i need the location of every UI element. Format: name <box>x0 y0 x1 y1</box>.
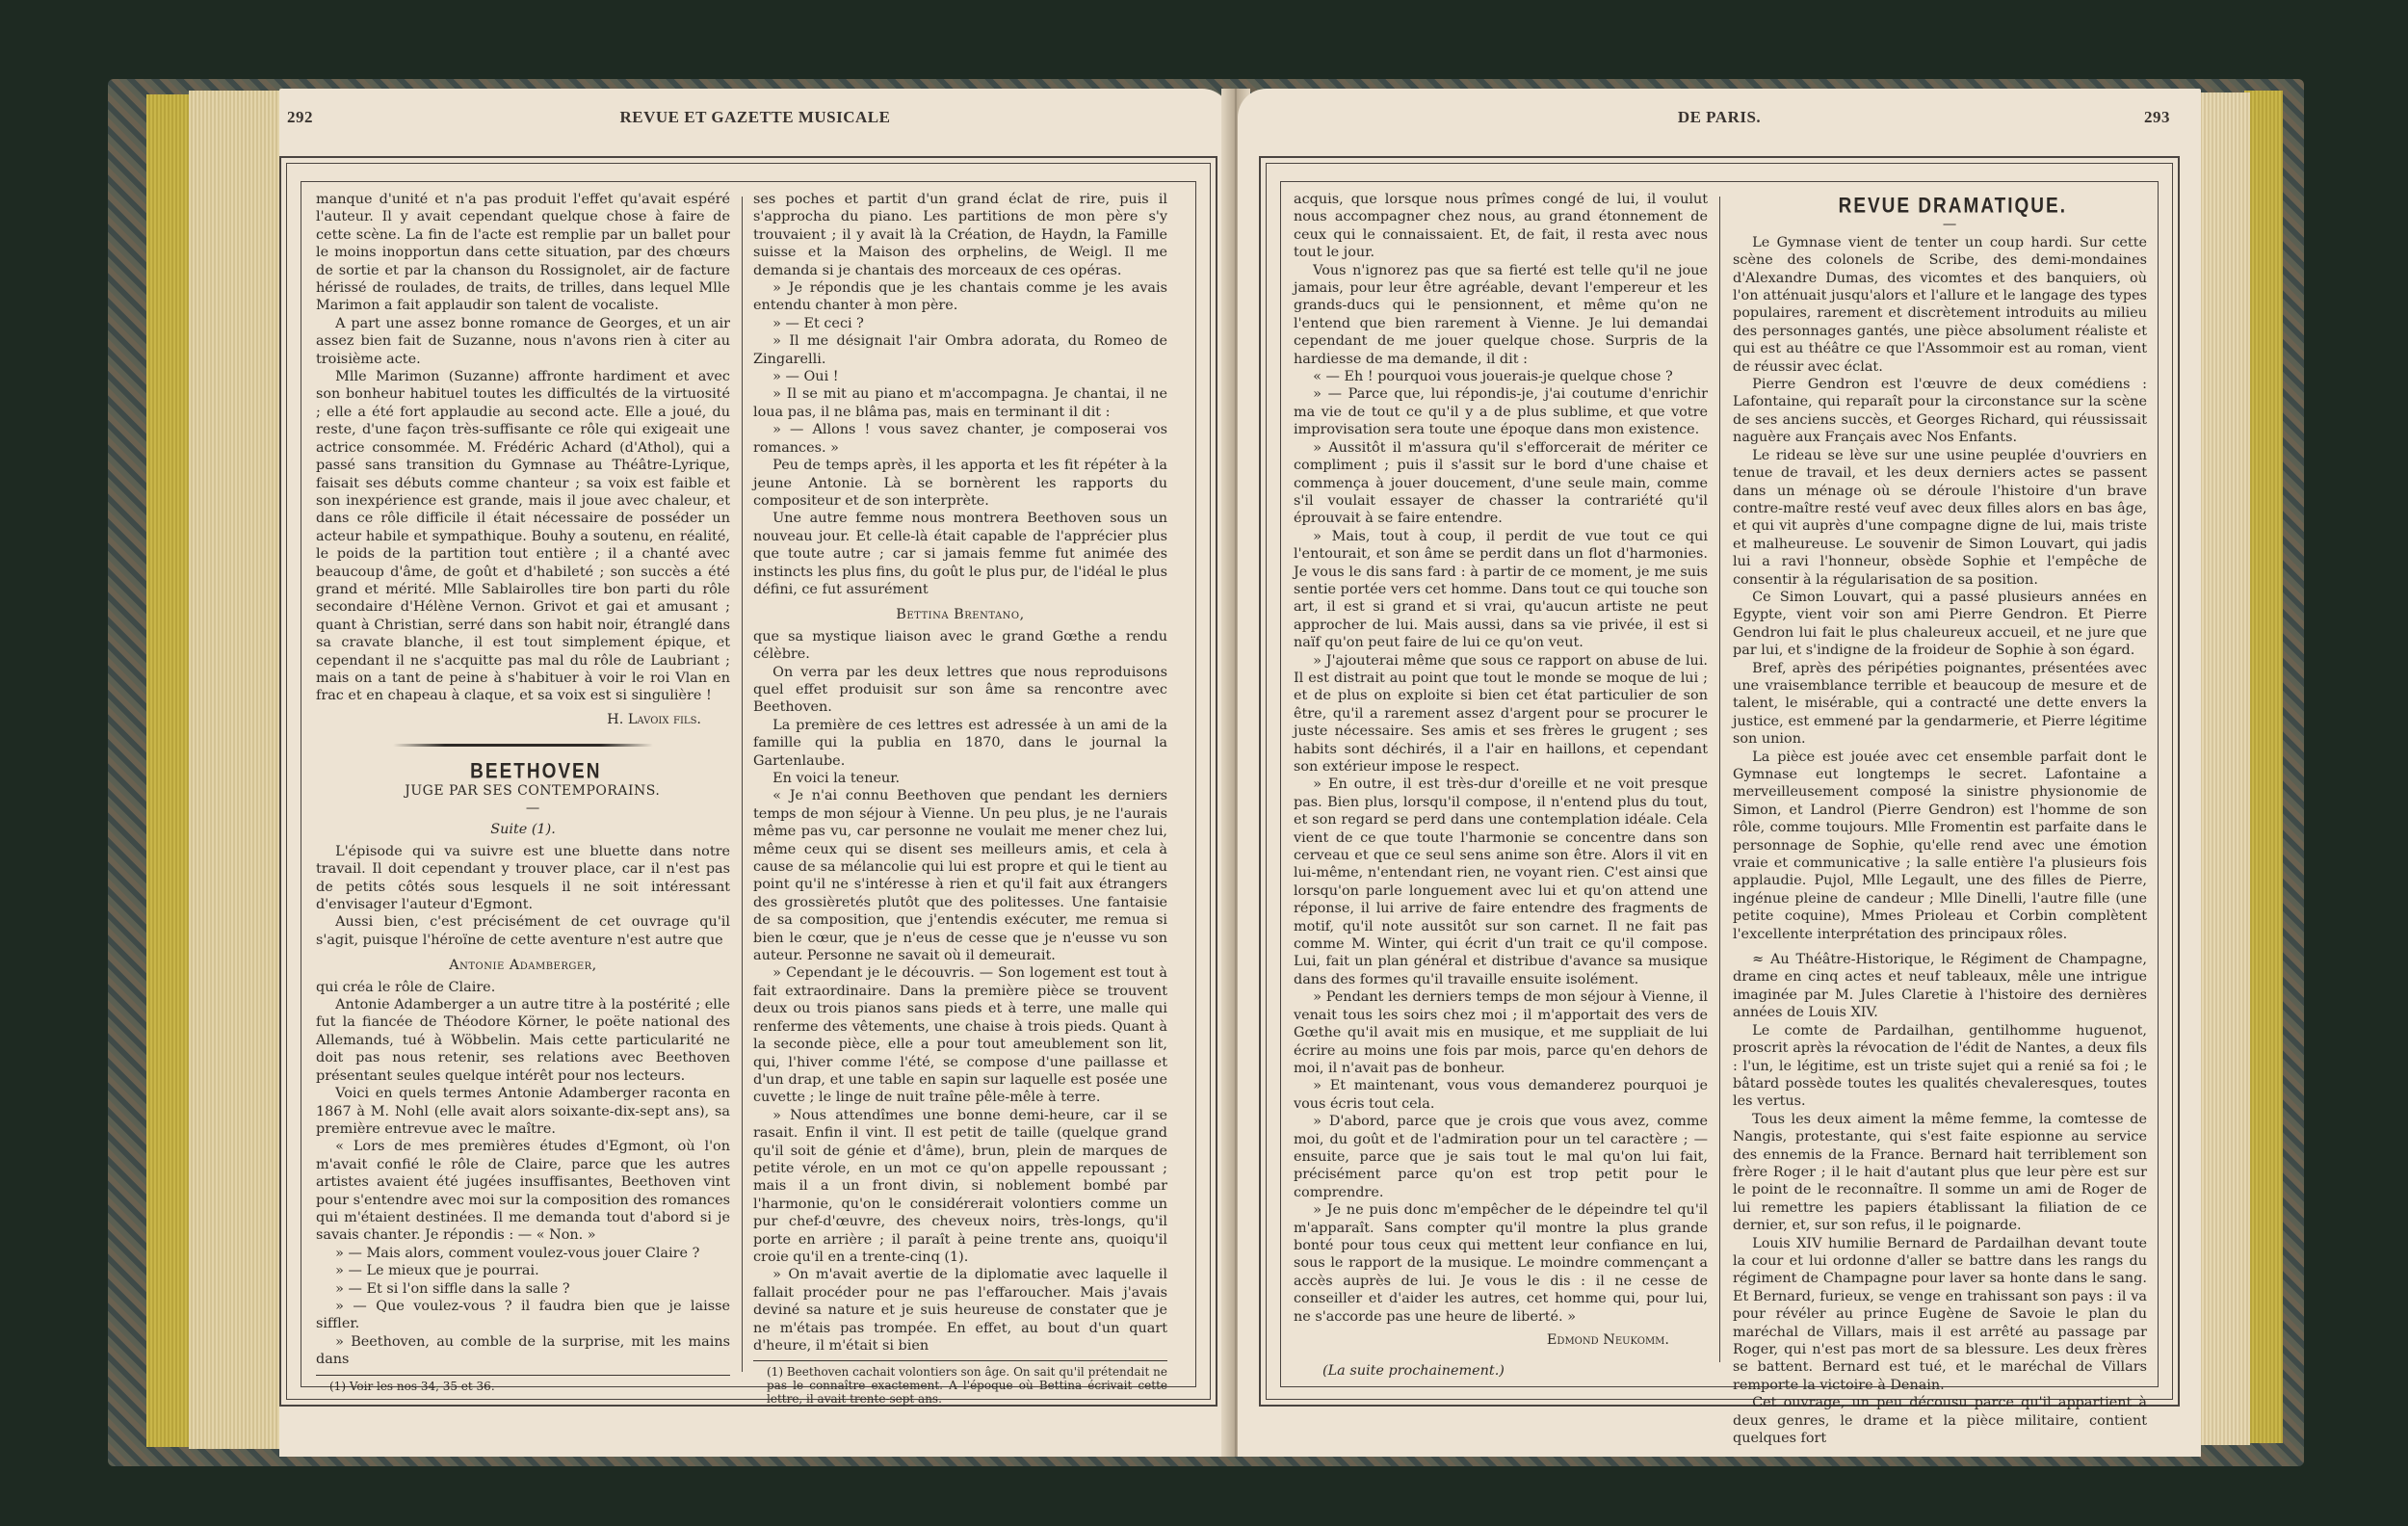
paragraph: Le rideau se lève sur une usine peuplée … <box>1733 447 2147 589</box>
paragraph: Louis XIV humilie Bernard de Pardailhan … <box>1733 1235 2147 1395</box>
left-column-1: manque d'unité et n'a pas produit l'effe… <box>316 191 730 1393</box>
paragraph: » Je répondis que je les chantais comme … <box>753 279 1167 315</box>
paragraph: qui créa le rôle de Claire. <box>316 979 730 996</box>
footnote: (1) Voir les nos 34, 35 et 36. <box>316 1380 730 1393</box>
paragraph: Tous les deux aiment la même femme, la c… <box>1733 1111 2147 1235</box>
paragraph: Une autre femme nous montrera Beethoven … <box>753 510 1167 598</box>
paragraph: » — Et si l'on siffle dans la salle ? <box>316 1280 730 1298</box>
paragraph: » On m'avait avertie de la diplomatie av… <box>753 1266 1167 1355</box>
paragraph: acquis, que lorsque nous prîmes congé de… <box>1294 191 1708 262</box>
paragraph: » Mais, tout à coup, il perdit de vue to… <box>1294 528 1708 652</box>
paragraph: Aussi bien, c'est précisément de cet ouv… <box>316 913 730 949</box>
footnote: (1) Beethoven cachait volontiers son âge… <box>753 1365 1167 1406</box>
paragraph: L'épisode qui va suivre est une bluette … <box>316 843 730 914</box>
paragraph: Bref, après des péripéties poignantes, p… <box>1733 660 2147 749</box>
paragraph: que sa mystique liaison avec le grand Gœ… <box>753 628 1167 664</box>
page-number-right: 293 <box>2144 108 2170 127</box>
paragraph: Peu de temps après, il les apporta et le… <box>753 457 1167 510</box>
left-page: 292 REVUE ET GAZETTE MUSICALE manque d'u… <box>279 89 1231 1457</box>
paragraph: ≈ Au Théâtre-Historique, le Régiment de … <box>1733 951 2147 1022</box>
paragraph: » — Et ceci ? <box>753 315 1167 332</box>
right-column-2: REVUE DRAMATIQUE. — Le Gymnase vient de … <box>1733 191 2147 1447</box>
paragraph: Voici en quels termes Antonie Adamberger… <box>316 1085 730 1138</box>
paragraph: » — Allons ! vous savez chanter, je comp… <box>753 421 1167 457</box>
paragraph: » Aussitôt il m'assura qu'il s'efforcera… <box>1294 439 1708 528</box>
paragraph: » Pendant les derniers temps de mon séjo… <box>1294 988 1708 1077</box>
paragraph: Mlle Marimon (Suzanne) affronte hardimen… <box>316 368 730 705</box>
paragraph: ses poches et partit d'un grand éclat de… <box>753 191 1167 279</box>
paragraph: » Cependant je le découvris. — Son logem… <box>753 964 1167 1106</box>
paragraph: « Lors de mes premières études d'Egmont,… <box>316 1138 730 1244</box>
paragraph: » J'ajouterai même que sous ce rapport o… <box>1294 652 1708 776</box>
article-title: BEETHOVEN <box>316 763 730 783</box>
right-page: DE PARIS. 293 acquis, que lorsque nous p… <box>1238 89 2201 1457</box>
paragraph: Pierre Gendron est l'œuvre de deux coméd… <box>1733 376 2147 447</box>
page-stack-right <box>2198 92 2250 1445</box>
title-dash: — <box>1733 216 2147 233</box>
signature: Edmond Neukomm. <box>1294 1331 1708 1349</box>
footnote-rule <box>316 1375 730 1376</box>
continued-note: (La suite prochainement.) <box>1294 1362 1708 1380</box>
article-subtitle: JUGE PAR SES CONTEMPORAINS. <box>316 782 730 800</box>
paragraph: » — Parce que, lui répondis-je, j'ai cou… <box>1294 385 1708 438</box>
paragraph: » Je ne puis donc m'empêcher de le dépei… <box>1294 1201 1708 1326</box>
paragraph: Le comte de Pardailhan, gentilhomme hugu… <box>1733 1022 2147 1111</box>
paragraph: La première de ces lettres est adressée … <box>753 717 1167 770</box>
paragraph: Cet ouvrage, un peu décousu parce qu'il … <box>1733 1394 2147 1447</box>
signature: H. Lavoix fils. <box>316 711 730 728</box>
paragraph: » Et maintenant, vous vous demanderez po… <box>1294 1077 1708 1113</box>
name-heading: Bettina Brentano, <box>753 606 1167 623</box>
running-head-right: DE PARIS. <box>1238 108 2201 127</box>
section-title: REVUE DRAMATIQUE. <box>1733 197 2147 218</box>
paragraph: La pièce est jouée avec cet ensemble par… <box>1733 749 2147 943</box>
paragraph: » Il me désignait l'air Ombra adorata, d… <box>753 332 1167 368</box>
paragraph: Antonie Adamberger a un autre titre à la… <box>316 996 730 1085</box>
paragraph: » D'abord, parce que je crois que vous a… <box>1294 1113 1708 1201</box>
paragraph: On verra par les deux lettres que nous r… <box>753 664 1167 717</box>
left-column-2: ses poches et partit d'un grand éclat de… <box>753 191 1167 1406</box>
paragraph: » Nous attendîmes une bonne demi-heure, … <box>753 1107 1167 1267</box>
paragraph: » Il se mit au piano et m'accompagna. Je… <box>753 385 1167 421</box>
page-frame-left: manque d'unité et n'a pas produit l'effe… <box>279 156 1217 1407</box>
paragraph: Le Gymnase vient de tenter un coup hardi… <box>1733 234 2147 376</box>
paragraph: « Je n'ai connu Beethoven que pendant le… <box>753 787 1167 964</box>
title-dash: — <box>316 800 730 817</box>
running-head-left: REVUE ET GAZETTE MUSICALE <box>279 108 1231 127</box>
page-edges-right <box>2244 91 2283 1443</box>
paragraph: » Beethoven, au comble de la surprise, m… <box>316 1333 730 1369</box>
paragraph: A part une assez bonne romance de George… <box>316 315 730 368</box>
name-heading: Antonie Adamberger, <box>316 957 730 974</box>
page-stack-left <box>189 91 285 1449</box>
paragraph: » En outre, il est très-dur d'oreille et… <box>1294 776 1708 988</box>
paragraph: » — Que voulez-vous ? il faudra bien que… <box>316 1298 730 1333</box>
footnote-rule <box>753 1360 1167 1361</box>
paragraph: En voici la teneur. <box>753 770 1167 787</box>
column-rule <box>1719 197 1720 1362</box>
paragraph: » — Le mieux que je pourrai. <box>316 1262 730 1279</box>
paragraph: » — Oui ! <box>753 368 1167 385</box>
paragraph: Vous n'ignorez pas que sa fierté est tel… <box>1294 262 1708 368</box>
page-frame-right: acquis, que lorsque nous prîmes congé de… <box>1259 156 2180 1407</box>
suite-label: Suite (1). <box>316 821 730 838</box>
paragraph: manque d'unité et n'a pas produit l'effe… <box>316 191 730 315</box>
right-column-1: acquis, que lorsque nous prîmes congé de… <box>1294 191 1708 1381</box>
ornament-divider <box>393 744 653 747</box>
paragraph: « — Eh ! pourquoi vous jouerais-je quelq… <box>1294 368 1708 385</box>
column-rule <box>742 197 743 1372</box>
paragraph: » — Mais alors, comment voulez-vous joue… <box>316 1245 730 1262</box>
paragraph: Ce Simon Louvart, qui a passé plusieurs … <box>1733 589 2147 660</box>
